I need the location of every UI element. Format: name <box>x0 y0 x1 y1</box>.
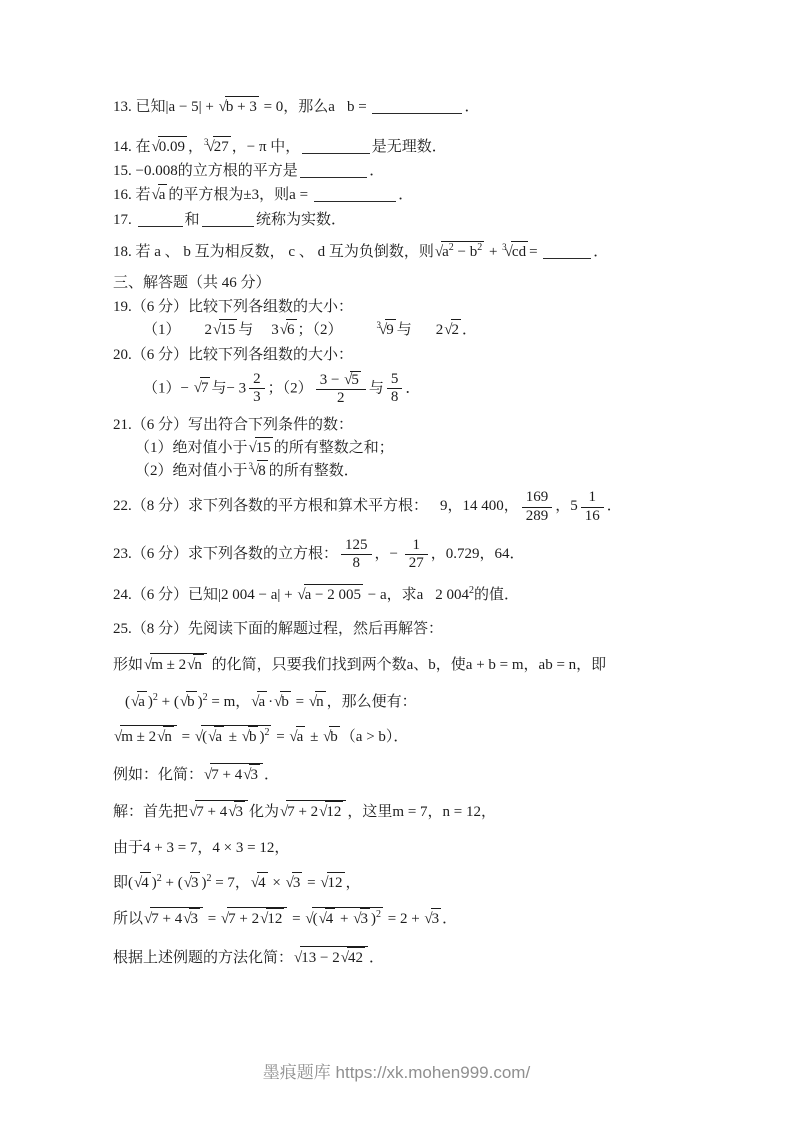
line-q24: 24.（6 分）已知|2 004 − a| + √a − 2 005 − a，求… <box>113 584 713 607</box>
line-q22: 22.（8 分）求下列各数的平方根和算术平方根：9，14 400，169289，… <box>113 489 713 525</box>
square-root: √3 <box>286 872 303 895</box>
answer-blank <box>202 212 255 227</box>
square-root: √4 <box>251 872 268 895</box>
answer-blank <box>302 139 370 154</box>
line-p8: 所以√7 + 4√3 = √7 + 2√12 = √(√4 + √3)2 = 2… <box>113 907 713 931</box>
fraction: 116 <box>581 489 604 525</box>
square-root: √n <box>187 654 204 677</box>
line-p4: 例如：化简：√7 + 4√3． <box>113 763 713 787</box>
square-root: √(√4 + √3)2 <box>305 907 383 931</box>
fraction: 169289 <box>522 489 553 525</box>
square-root: √a <box>208 726 224 749</box>
square-root: √0.09 <box>152 136 187 159</box>
cube-root: 3√8 <box>249 460 268 483</box>
line-q20s: （1）− √7与− 323；（2）3 − √52与58． <box>113 371 713 408</box>
square-root: √a − 2 005 <box>297 584 363 607</box>
square-root: √b + 3 <box>219 96 259 119</box>
fraction: 3 − √52 <box>316 371 366 408</box>
square-root: √12 <box>319 801 343 824</box>
line-q25: 25.（8 分）先阅读下面的解题过程，然后再解答： <box>113 619 713 641</box>
square-root: √4 <box>134 872 151 895</box>
line-q17: 17. 和统称为实数． <box>113 210 713 232</box>
square-root: √15 <box>213 319 237 342</box>
square-root: √13 − 2√42 <box>294 946 368 970</box>
square-root: √7 + 4√3 <box>144 907 203 931</box>
answer-blank <box>138 212 183 227</box>
line-q16: 16. 若√a的平方根为±3，则a = ． <box>113 184 713 207</box>
line-q15: 15. −0.008的立方根的平方是． <box>113 161 713 183</box>
line-p1: 形如√m ± 2√n 的化简，只要我们找到两个数a、b，使a + b = m，a… <box>113 653 713 677</box>
square-root: √15 <box>249 437 273 460</box>
square-root: √7 + 4√3 <box>204 763 263 787</box>
line-q19s: （1）2√15与3√6；（2）3√9与2√2． <box>113 319 713 342</box>
line-q21a: （1）绝对值小于√15的所有整数之和； <box>113 437 713 460</box>
square-root: √7 + 2√12 <box>280 800 346 824</box>
fraction: 58 <box>387 371 403 407</box>
document-body: 13. 已知|a − 5| + √b + 3 = 0，那么ab = ．14. 在… <box>113 96 713 970</box>
line-q18: 18. 若 a 、 b 互为相反数， c 、 d 互为负倒数，则√a2 − b2… <box>113 241 713 264</box>
square-root: √42 <box>341 947 365 970</box>
fraction: 1258 <box>341 537 372 573</box>
square-root: √a <box>289 726 305 749</box>
line-sec3: 三、解答题（共 46 分） <box>113 273 713 295</box>
square-root: √m ± 2√n <box>144 653 207 677</box>
line-q19: 19.（6 分）比较下列各组数的大小： <box>113 297 713 319</box>
square-root: √12 <box>320 872 344 895</box>
square-root: √a <box>131 691 147 714</box>
square-root: √5 <box>344 371 361 389</box>
square-root: √b <box>274 691 291 714</box>
square-root: √12 <box>260 908 284 931</box>
line-p3: √m ± 2√n = √(√a ± √b)2 = √a ± √b（a > b）． <box>113 725 713 749</box>
line-p6: 由于4 + 3 = 7，4 × 3 = 12， <box>113 838 713 860</box>
square-root: √a <box>251 691 267 714</box>
line-p2: (√a)2 + (√b)2 = m，√a·√b = √n，那么便有： <box>113 691 713 714</box>
line-q20: 20.（6 分）比较下列各组数的大小： <box>113 345 713 367</box>
answer-blank <box>300 162 368 177</box>
square-root: √m ± 2√n <box>114 725 177 749</box>
answer-blank <box>314 187 397 202</box>
square-root: √7 + 4√3 <box>189 800 248 824</box>
cube-root: 3√9 <box>377 319 396 342</box>
square-root: √b <box>242 726 259 749</box>
square-root: √(√a ± √b)2 <box>195 725 272 749</box>
square-root: √7 + 2√12 <box>221 907 287 931</box>
cube-root: 3√cd <box>502 241 528 264</box>
line-q14: 14. 在√0.09，3√27，− π 中，是无理数． <box>113 136 713 159</box>
absolute-value: |2 004 − a| <box>218 587 280 603</box>
line-q21: 21.（6 分）写出符合下列条件的数： <box>113 415 713 437</box>
square-root: √3 <box>184 872 201 895</box>
line-q23: 23.（6 分）求下列各数的立方根：1258，− 127，0.729，64． <box>113 537 713 573</box>
answer-blank <box>543 244 591 259</box>
square-root: √3 <box>424 908 441 931</box>
square-root: √4 <box>319 908 336 931</box>
answer-blank <box>372 99 462 114</box>
square-root: √n <box>157 726 174 749</box>
square-root: √b <box>323 726 340 749</box>
square-root: √3 <box>353 908 370 931</box>
fraction: 23 <box>249 371 265 407</box>
line-q13: 13. 已知|a − 5| + √b + 3 = 0，那么ab = ． <box>113 96 713 119</box>
square-root: √a2 − b2 <box>435 241 484 264</box>
square-root: √b <box>180 691 197 714</box>
square-root: √7 <box>194 377 211 400</box>
line-p9: 根据上述例题的方法化简：√13 − 2√42． <box>113 946 713 970</box>
square-root: √2 <box>444 319 461 342</box>
square-root: √3 <box>183 908 200 931</box>
square-root: √n <box>309 691 326 714</box>
worksheet-page: 13. 已知|a − 5| + √b + 3 = 0，那么ab = ．14. 在… <box>0 0 793 1122</box>
square-root: √3 <box>228 801 245 824</box>
footer-watermark: 墨痕题库 https://xk.mohen999.com/ <box>0 1058 793 1083</box>
line-q21b: （2）绝对值小于3√8的所有整数． <box>113 460 713 483</box>
square-root: √6 <box>280 319 297 342</box>
square-root: √a <box>152 184 168 207</box>
line-p7: 即(√4)2 + (√3)2 = 7，√4 × √3 = √12， <box>113 872 713 895</box>
fraction: 127 <box>405 537 428 573</box>
cube-root: 3√27 <box>204 136 231 159</box>
square-root: √3 <box>243 764 260 787</box>
line-p5: 解：首先把√7 + 4√3化为√7 + 2√12，这里m = 7，n = 12， <box>113 800 713 824</box>
absolute-value: |a − 5| <box>166 99 202 115</box>
